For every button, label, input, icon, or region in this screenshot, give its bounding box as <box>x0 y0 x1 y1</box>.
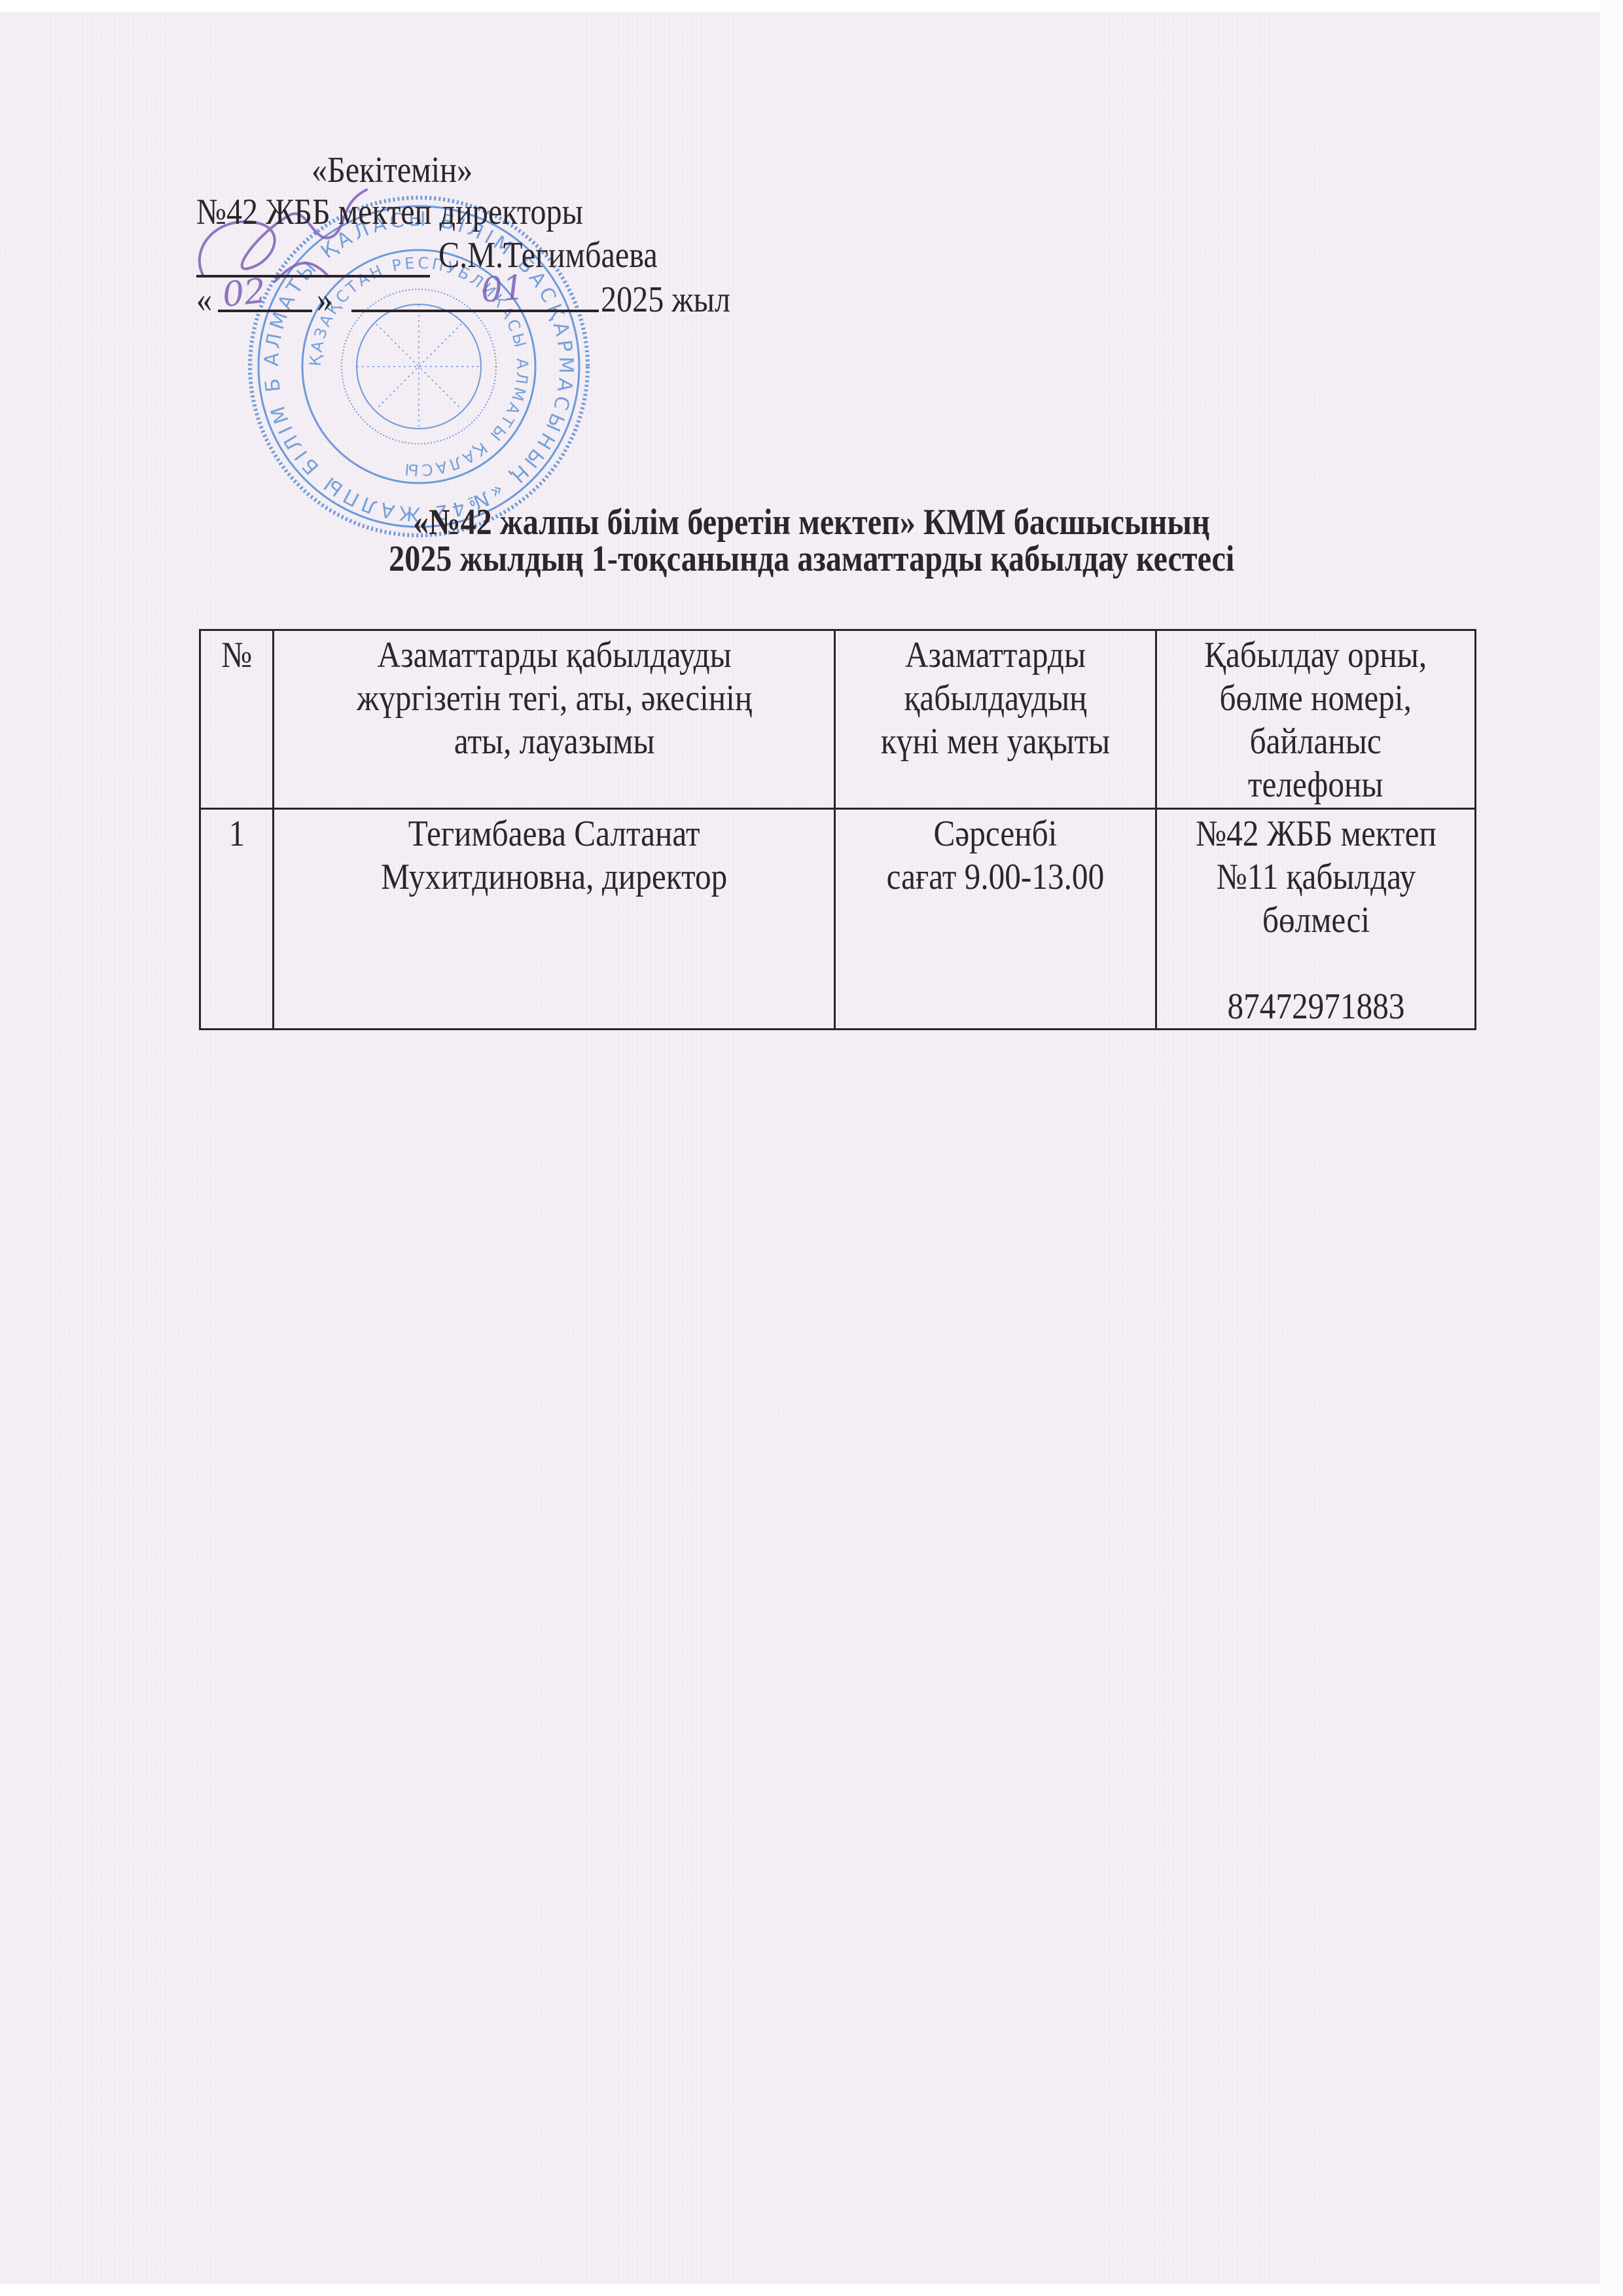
approver-role: №42 ЖББ мектеп директоры <box>196 194 583 230</box>
header-official-line: жүргізетін тегі, аты, әкесінің <box>357 677 752 720</box>
cell-official: Тегимбаева Салтанат Мухитдиновна, директ… <box>274 809 835 1030</box>
place-line: бөлмесі <box>1196 899 1436 942</box>
row-number: 1 <box>228 812 245 855</box>
document-title-line-1: «№42 жалпы білім беретін мектеп» КММ бас… <box>0 504 1623 541</box>
cell-number: 1 <box>200 809 274 1030</box>
official-name-line: Тегимбаева Салтанат <box>381 812 727 855</box>
title-line-1-text: «№42 жалпы білім беретін мектеп» КММ бас… <box>413 504 1210 541</box>
reception-hours: сағат 9.00-13.00 <box>887 855 1105 899</box>
official-name-line: Мухитдиновна, директор <box>381 855 727 899</box>
approval-year: 2025 жыл <box>601 281 730 318</box>
header-official-line: Азаматтарды қабылдауды <box>357 634 752 677</box>
handwritten-day: 02 <box>221 272 268 315</box>
handwritten-month: 01 <box>480 268 526 310</box>
cell-date-time: Сәрсенбі сағат 9.00-13.00 <box>835 809 1156 1030</box>
header-place-line: Қабылдау орны, <box>1205 634 1427 677</box>
spacer <box>1196 942 1436 985</box>
contact-phone: 87472971883 <box>1196 985 1436 1028</box>
table-row: 1 Тегимбаева Салтанат Мухитдиновна, дире… <box>200 809 1476 1030</box>
scanned-page <box>0 12 1600 2284</box>
place-line: №42 ЖББ мектеп <box>1196 812 1436 855</box>
header-date-time-line: күні мен уақыты <box>881 720 1110 763</box>
header-number: № <box>200 630 274 809</box>
header-official-line: аты, лауазымы <box>357 720 752 763</box>
scan-margin <box>1600 0 1623 2296</box>
reception-schedule-table: № Азаматтарды қабылдауды жүргізетін тегі… <box>199 629 1476 1030</box>
header-number-text: № <box>221 634 252 677</box>
header-place-line: бөлме номері, <box>1205 677 1427 720</box>
header-place-line: байланыс <box>1205 720 1427 763</box>
header-place-line: телефоны <box>1205 763 1427 806</box>
month-blank-line <box>351 310 599 312</box>
header-place: Қабылдау орны, бөлме номері, байланыс те… <box>1156 630 1476 809</box>
reception-day: Сәрсенбі <box>887 812 1105 855</box>
approval-heading: «Бекітемін» <box>312 152 473 188</box>
header-official: Азаматтарды қабылдауды жүргізетін тегі, … <box>274 630 835 809</box>
cell-place: №42 ЖББ мектеп №11 қабылдау бөлмесі 8747… <box>1156 809 1476 1030</box>
table-header-row: № Азаматтарды қабылдауды жүргізетін тегі… <box>200 630 1476 809</box>
place-line: №11 қабылдау <box>1196 855 1436 899</box>
header-date-time: Азаматтарды қабылдаудың күні мен уақыты <box>835 630 1156 809</box>
header-date-time-line: қабылдаудың <box>881 677 1110 720</box>
document-title-line-2: 2025 жылдың 1-тоқсанында азаматтарды қаб… <box>0 541 1623 577</box>
date-quote-open: « <box>196 281 212 318</box>
date-quote-close: » <box>317 281 332 318</box>
header-date-time-line: Азаматтарды <box>881 634 1110 677</box>
title-line-2-text: 2025 жылдың 1-тоқсанында азаматтарды қаб… <box>389 541 1234 577</box>
approver-name: С.М.Тегимбаева <box>438 237 658 274</box>
